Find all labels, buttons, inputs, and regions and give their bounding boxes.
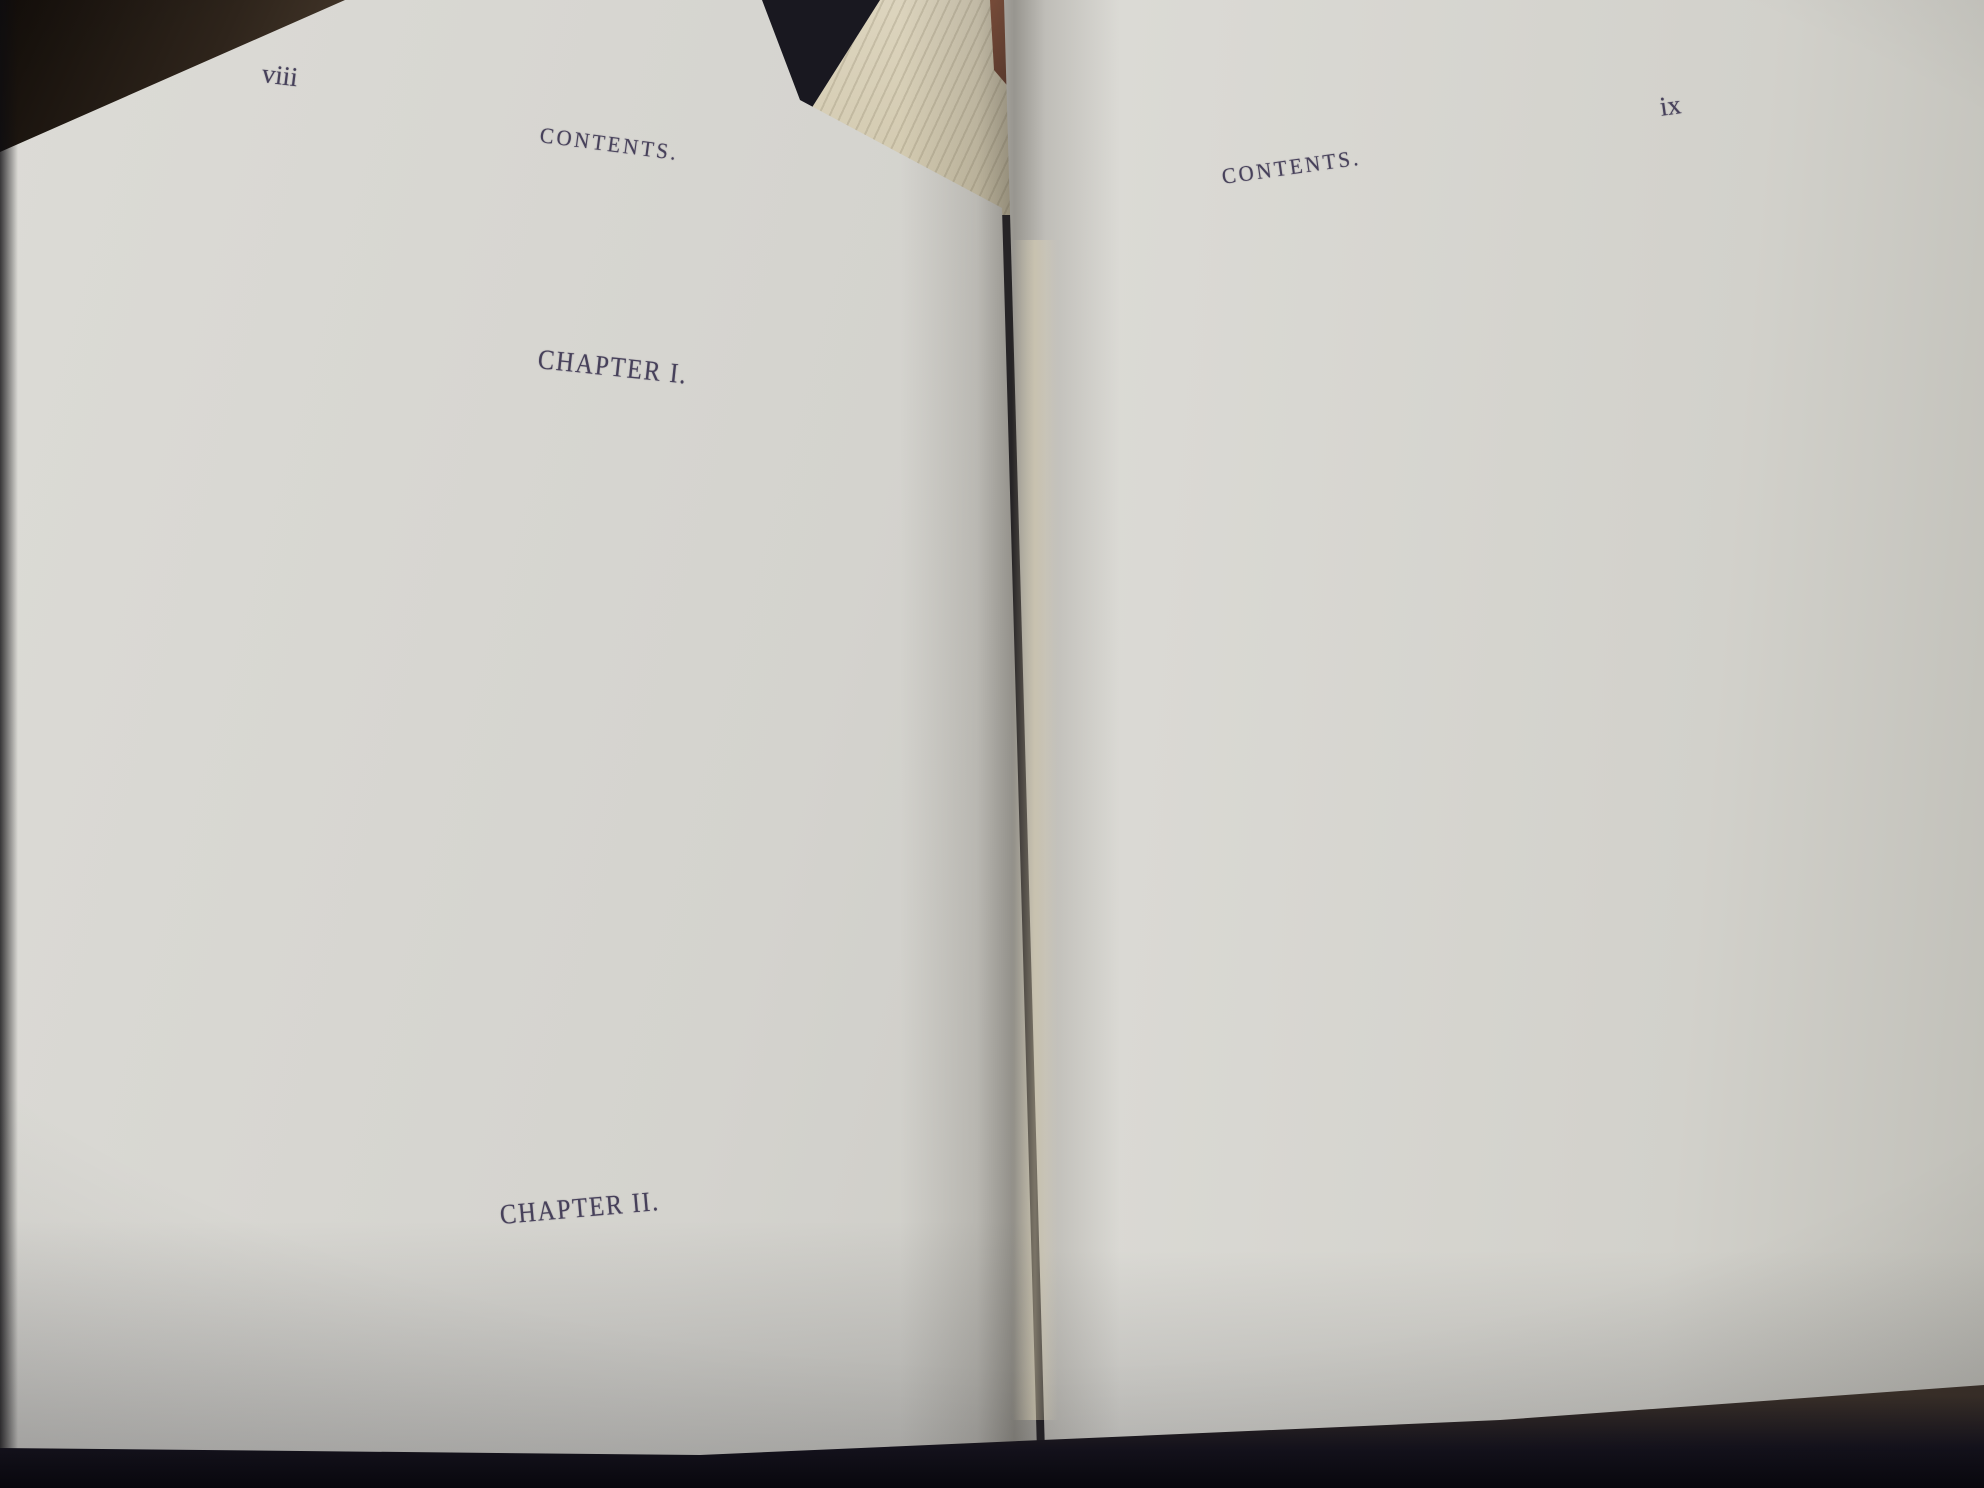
- photo-left-edge: [0, 0, 18, 1488]
- right-page-number: ix: [1658, 89, 1683, 123]
- gutter-highlight: [1012, 240, 1058, 1420]
- left-page-number: viii: [260, 58, 300, 93]
- book-photo: viii CONTENTS. CHAPTER I. CHAPTER II. ix…: [0, 0, 1984, 1488]
- gutter-shadow: [900, 0, 1120, 1488]
